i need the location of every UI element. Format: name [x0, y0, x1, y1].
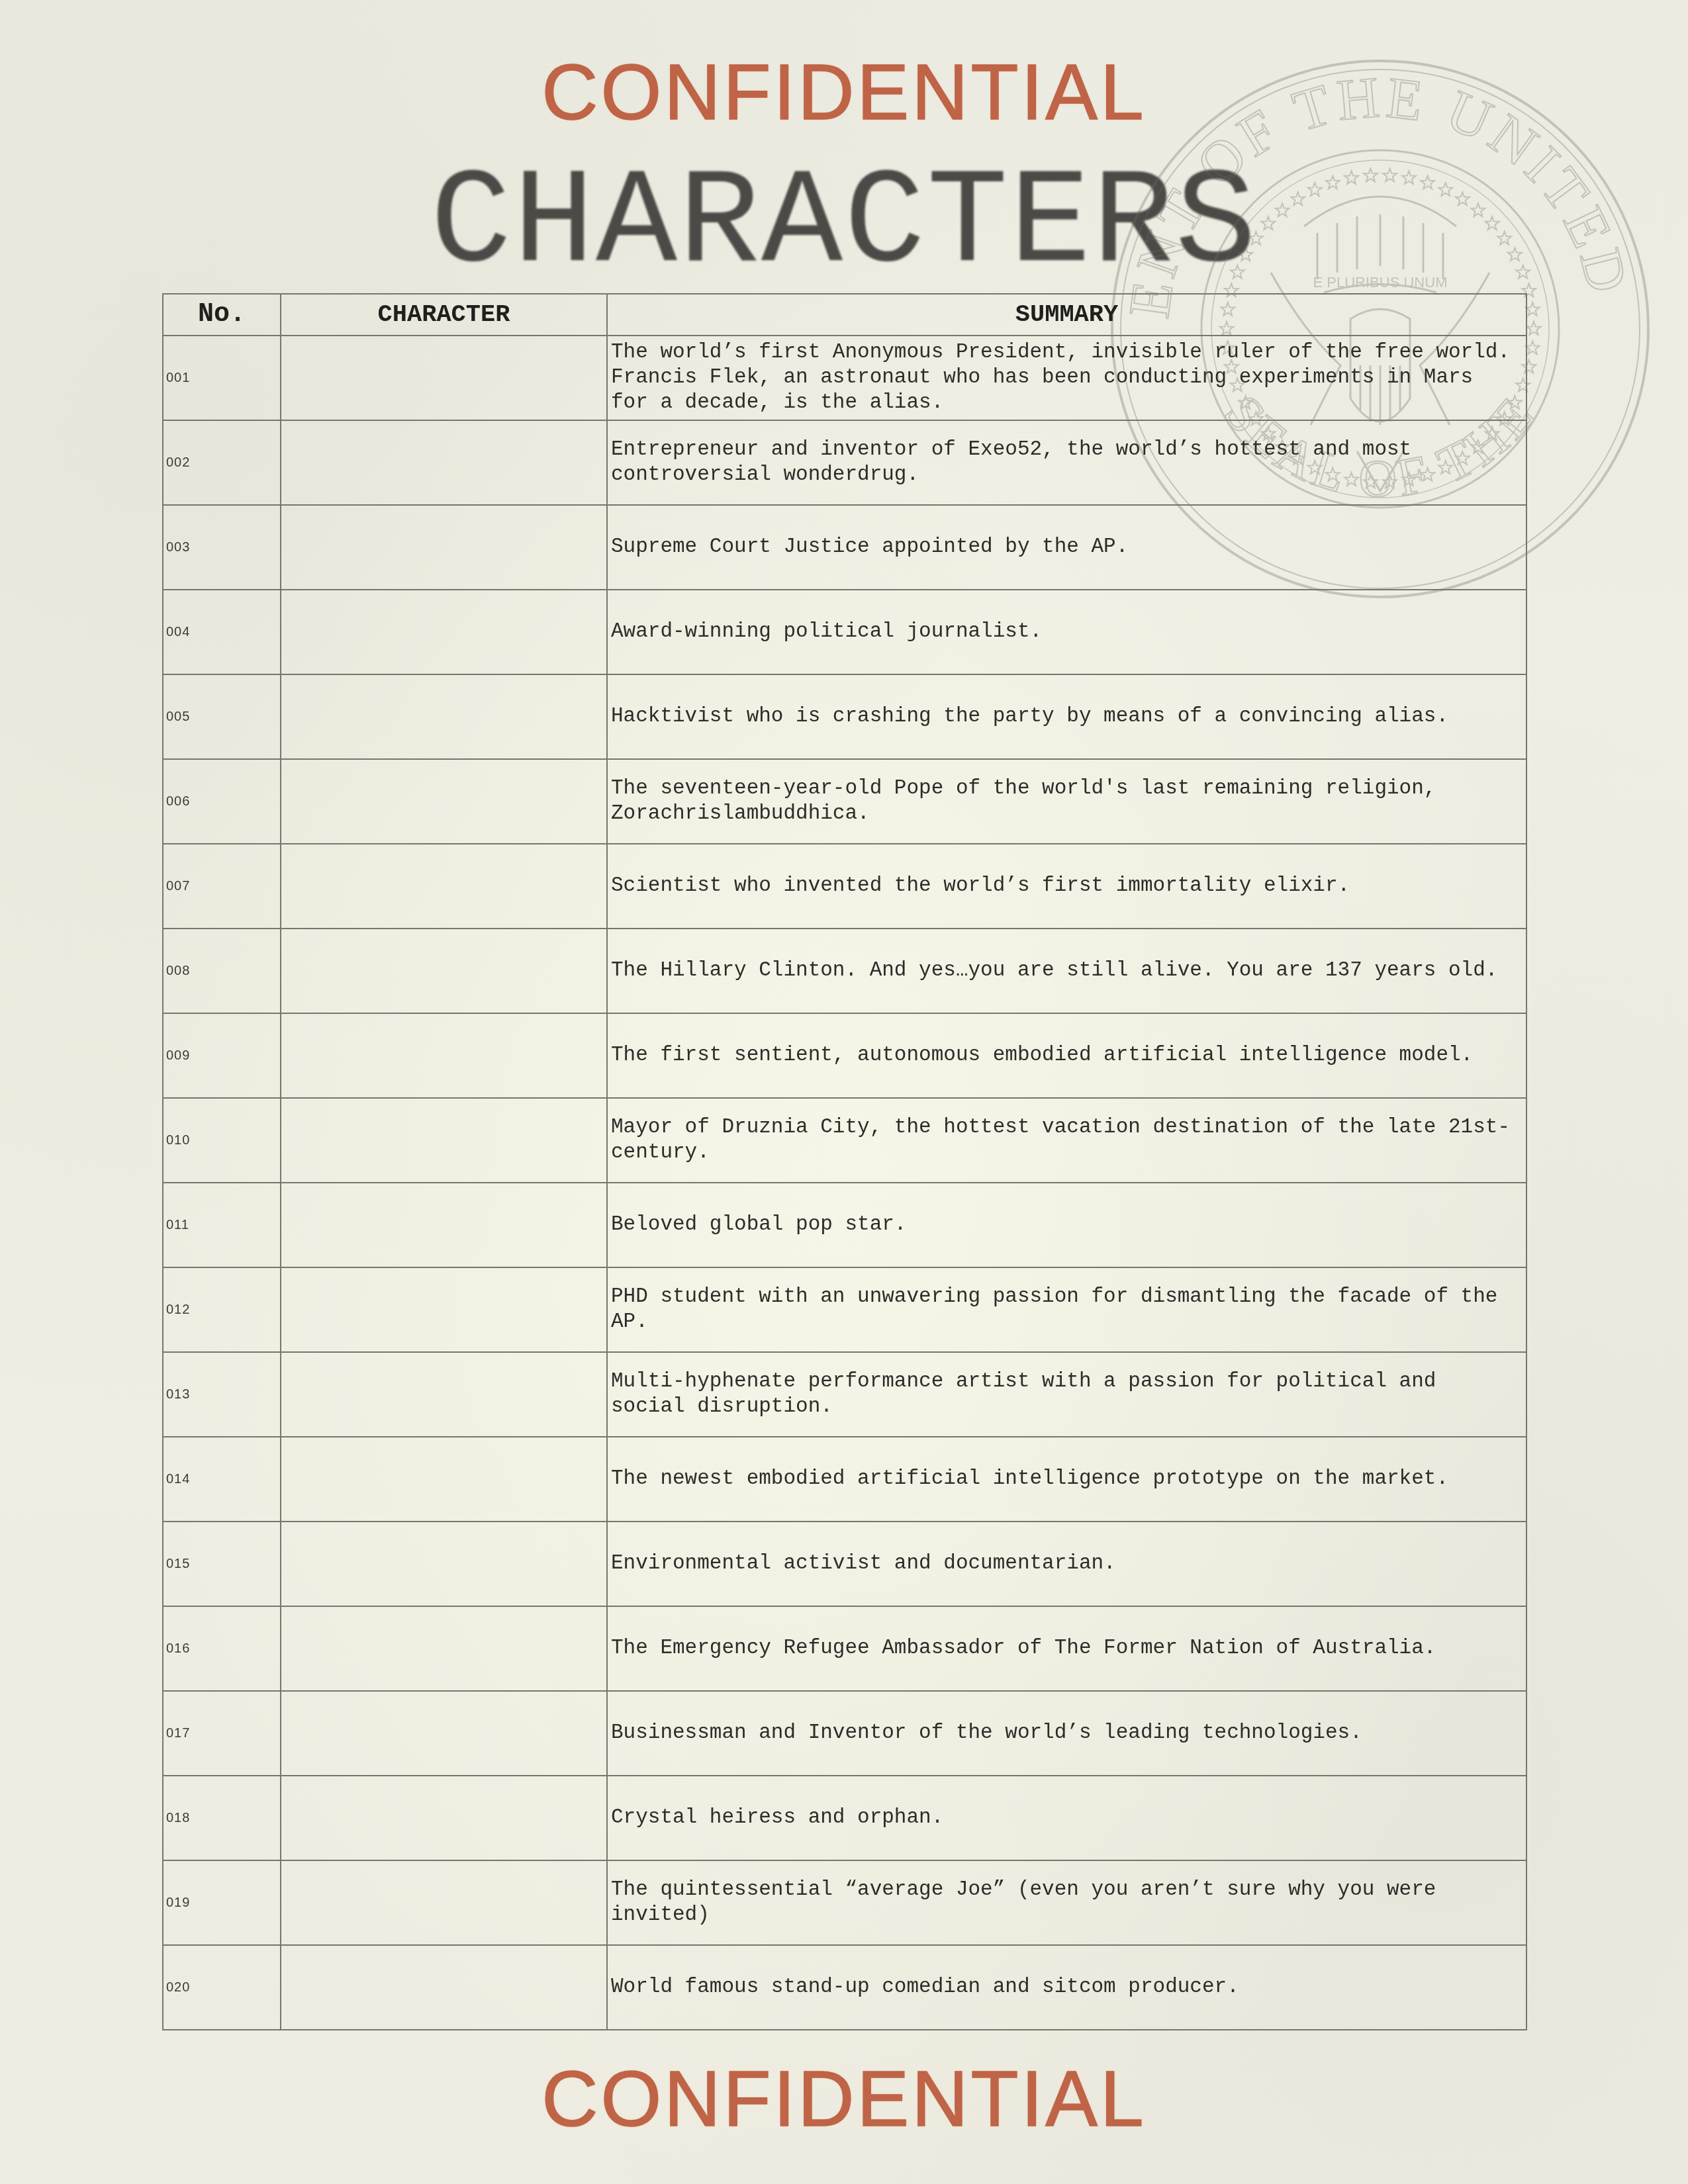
row-number: 004 — [163, 590, 281, 674]
table-row: 018Crystal heiress and orphan. — [163, 1776, 1526, 1860]
character-name-cell — [281, 1013, 607, 1098]
row-number: 017 — [163, 1691, 281, 1776]
row-number: 012 — [163, 1267, 281, 1352]
row-number: 001 — [163, 336, 281, 420]
row-number: 011 — [163, 1183, 281, 1267]
row-number: 008 — [163, 929, 281, 1013]
character-name-cell — [281, 759, 607, 844]
row-number: 020 — [163, 1945, 281, 2030]
character-summary: Hacktivist who is crashing the party by … — [607, 674, 1526, 759]
character-name-cell — [281, 1098, 607, 1183]
character-name-cell — [281, 929, 607, 1013]
table-row: 001The world’s first Anonymous President… — [163, 336, 1526, 420]
character-name-cell — [281, 1945, 607, 2030]
character-name-cell — [281, 1606, 607, 1691]
character-summary: Supreme Court Justice appointed by the A… — [607, 505, 1526, 590]
character-summary: The world’s first Anonymous President, i… — [607, 336, 1526, 420]
row-number: 005 — [163, 674, 281, 759]
character-summary: Entrepreneur and inventor of Exeo52, the… — [607, 420, 1526, 505]
character-summary: Beloved global pop star. — [607, 1183, 1526, 1267]
table-row: 019The quintessential “average Joe” (eve… — [163, 1860, 1526, 1945]
character-summary: World famous stand-up comedian and sitco… — [607, 1945, 1526, 2030]
character-summary: Crystal heiress and orphan. — [607, 1776, 1526, 1860]
table-row: 009The first sentient, autonomous embodi… — [163, 1013, 1526, 1098]
table-row: 013Multi-hyphenate performance artist wi… — [163, 1352, 1526, 1437]
character-name-cell — [281, 1267, 607, 1352]
character-name-cell — [281, 1860, 607, 1945]
character-summary: Multi-hyphenate performance artist with … — [607, 1352, 1526, 1437]
character-summary: PHD student with an unwavering passion f… — [607, 1267, 1526, 1352]
confidential-stamp-top: CONFIDENTIAL — [0, 48, 1688, 138]
table-row: 005Hacktivist who is crashing the party … — [163, 674, 1526, 759]
row-number: 002 — [163, 420, 281, 505]
table-header-row: No. CHARACTER SUMMARY — [163, 294, 1526, 336]
column-header-summary: SUMMARY — [607, 294, 1526, 336]
table-row: 003Supreme Court Justice appointed by th… — [163, 505, 1526, 590]
character-summary: The seventeen-year-old Pope of the world… — [607, 759, 1526, 844]
table-row: 014The newest embodied artificial intell… — [163, 1437, 1526, 1522]
row-number: 013 — [163, 1352, 281, 1437]
page-title: CHARACTERS — [0, 147, 1688, 301]
table-row: 010Mayor of Druznia City, the hottest va… — [163, 1098, 1526, 1183]
character-name-cell — [281, 1352, 607, 1437]
table-row: 008The Hillary Clinton. And yes…you are … — [163, 929, 1526, 1013]
table-row: 020World famous stand-up comedian and si… — [163, 1945, 1526, 2030]
table-row: 011Beloved global pop star. — [163, 1183, 1526, 1267]
characters-table: No. CHARACTER SUMMARY 001The world’s fir… — [162, 293, 1527, 2030]
character-name-cell — [281, 1691, 607, 1776]
row-number: 016 — [163, 1606, 281, 1691]
row-number: 014 — [163, 1437, 281, 1522]
character-name-cell — [281, 336, 607, 420]
character-name-cell — [281, 1183, 607, 1267]
character-summary: Award-winning political journalist. — [607, 590, 1526, 674]
character-summary: The quintessential “average Joe” (even y… — [607, 1860, 1526, 1945]
character-name-cell — [281, 674, 607, 759]
character-name-cell — [281, 844, 607, 929]
table-row: 002Entrepreneur and inventor of Exeo52, … — [163, 420, 1526, 505]
table-row: 007Scientist who invented the world’s fi… — [163, 844, 1526, 929]
character-summary: The newest embodied artificial intellige… — [607, 1437, 1526, 1522]
row-number: 015 — [163, 1522, 281, 1606]
character-name-cell — [281, 420, 607, 505]
table-row: 012PHD student with an unwavering passio… — [163, 1267, 1526, 1352]
character-name-cell — [281, 1776, 607, 1860]
character-summary: The Emergency Refugee Ambassador of The … — [607, 1606, 1526, 1691]
table-row: 016The Emergency Refugee Ambassador of T… — [163, 1606, 1526, 1691]
row-number: 010 — [163, 1098, 281, 1183]
table-row: 015Environmental activist and documentar… — [163, 1522, 1526, 1606]
character-summary: Mayor of Druznia City, the hottest vacat… — [607, 1098, 1526, 1183]
character-name-cell — [281, 590, 607, 674]
row-number: 018 — [163, 1776, 281, 1860]
confidential-stamp-bottom: CONFIDENTIAL — [0, 2054, 1688, 2144]
column-header-number: No. — [163, 294, 281, 336]
character-summary: Businessman and Inventor of the world’s … — [607, 1691, 1526, 1776]
character-summary: The first sentient, autonomous embodied … — [607, 1013, 1526, 1098]
row-number: 009 — [163, 1013, 281, 1098]
table-row: 017Businessman and Inventor of the world… — [163, 1691, 1526, 1776]
character-summary: Environmental activist and documentarian… — [607, 1522, 1526, 1606]
character-summary: The Hillary Clinton. And yes…you are sti… — [607, 929, 1526, 1013]
row-number: 003 — [163, 505, 281, 590]
row-number: 019 — [163, 1860, 281, 1945]
column-header-character: CHARACTER — [281, 294, 607, 336]
character-summary: Scientist who invented the world’s first… — [607, 844, 1526, 929]
row-number: 006 — [163, 759, 281, 844]
character-name-cell — [281, 1437, 607, 1522]
table-row: 004Award-winning political journalist. — [163, 590, 1526, 674]
row-number: 007 — [163, 844, 281, 929]
character-name-cell — [281, 505, 607, 590]
table-row: 006The seventeen-year-old Pope of the wo… — [163, 759, 1526, 844]
character-name-cell — [281, 1522, 607, 1606]
